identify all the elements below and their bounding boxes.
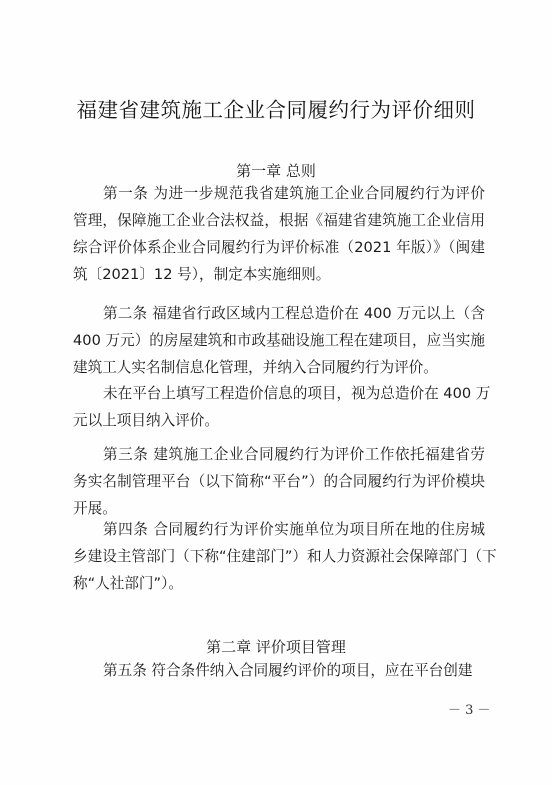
article-4-line-3: 称“人社部门”）。 [73, 574, 485, 594]
article-2-line-2: 400 万元）的房屋建筑和市政基础设施工程在建项目，应当实施 [73, 331, 485, 351]
article-3-line-2: 务实名制管理平台（以下简称“平台”）的合同履约行为评价模块 [73, 472, 485, 492]
article-4-line-1: 第四条 合同履约行为评价实施单位为项目所在地的住房城 [103, 520, 485, 540]
page-number: － 3 － [448, 699, 491, 718]
document-page: 福建省建筑施工企业合同履约行为评价细则 第一章 总则 第一条 为进一步规范我省建… [0, 0, 552, 785]
document-title: 福建省建筑施工企业合同履约行为评价细则 [0, 93, 552, 123]
paragraph-unfilled-line-1: 未在平台上填写工程造价信息的项目，视为总造价在 400 万 [103, 384, 485, 404]
article-3-line-1: 第三条 建筑施工企业合同履约行为评价工作依托福建省劳 [103, 445, 485, 465]
paragraph-unfilled-line-2: 元以上项目纳入评价。 [73, 411, 485, 431]
chapter-heading-2: 第二章 评价项目管理 [0, 636, 552, 657]
article-1-line-4: 筑〔2021〕12 号），制定本实施细则。 [73, 265, 485, 285]
article-2-line-1: 第二条 福建省行政区域内工程总造价在 400 万元以上（含 [103, 304, 485, 324]
article-2-line-3: 建筑工人实名制信息化管理，并纳入合同履约行为评价。 [73, 358, 485, 378]
article-4-line-2: 乡建设主管部门（下称“住建部门”）和人力资源社会保障部门（下 [73, 547, 485, 567]
article-1-line-3: 综合评价体系企业合同履约行为评价标准（2021 年版）》（闽建 [73, 238, 485, 258]
chapter-heading-1: 第一章 总则 [0, 160, 552, 181]
article-1-line-2: 管理，保障施工企业合法权益，根据《福建省建筑施工企业信用 [73, 211, 485, 231]
article-1-line-1: 第一条 为进一步规范我省建筑施工企业合同履约行为评价 [103, 184, 485, 204]
article-5-line-1: 第五条 符合条件纳入合同履约评价的项目，应在平台创建 [103, 661, 485, 681]
article-3-line-3: 开展。 [73, 499, 485, 519]
